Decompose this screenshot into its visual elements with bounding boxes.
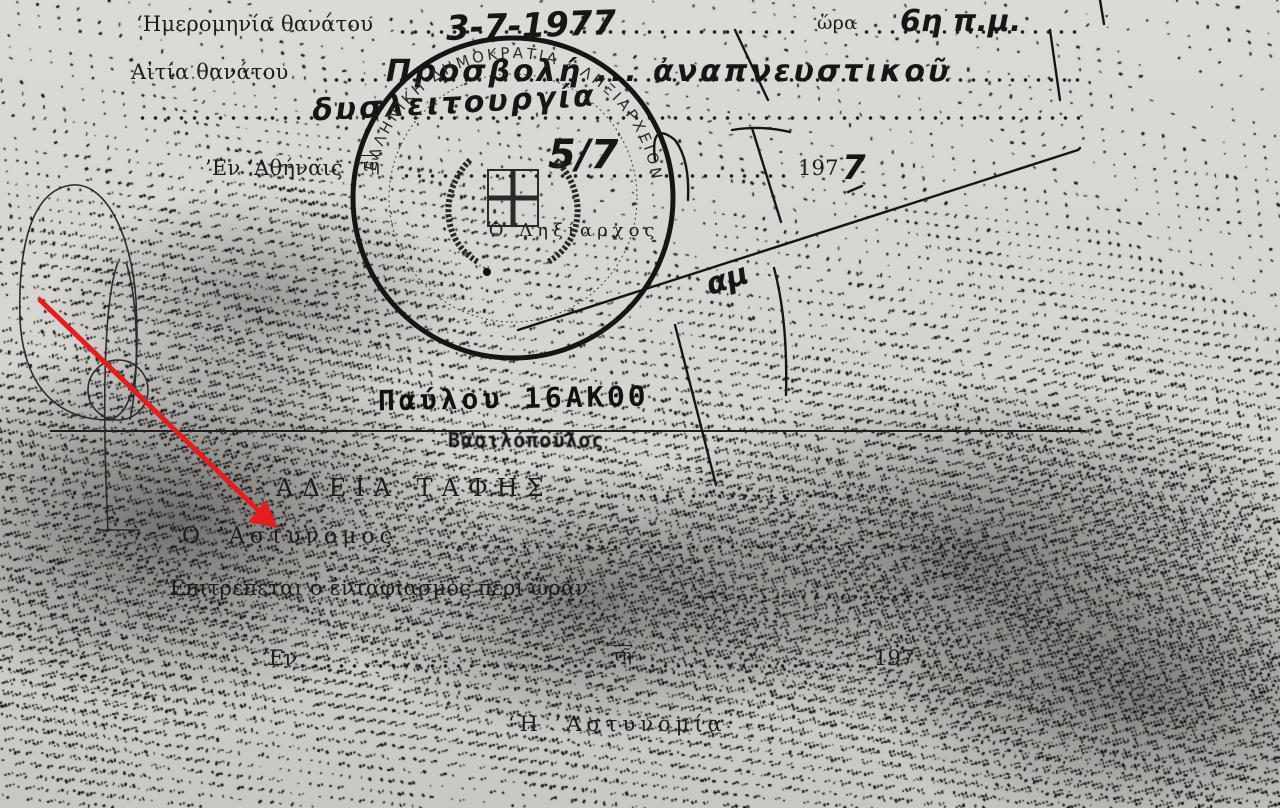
death-cause-value-1: Προσβολή ... ἀναπνευστικοῦ: [386, 54, 951, 89]
rubber-stamp-name: Παύλου 16ΑΚΘΘ: [378, 380, 650, 418]
death-date-value: 3-7-1977: [445, 3, 616, 49]
place-date-day-label: τῇ: [360, 156, 380, 176]
red-annotation-arrow: [40, 300, 278, 528]
police-officer-label: ’Ο ’Αστυνόμος: [170, 524, 397, 549]
death-cause-dotted-line-2: [136, 116, 1080, 120]
death-cause-value-2: δυσλειτουργία: [311, 79, 597, 129]
police-authority-label: ‘Η ’Αστυνομία: [508, 712, 727, 736]
permit-day-dotted-line: [646, 664, 868, 668]
burial-permit-dotted-line: [596, 494, 866, 498]
death-hour-label: ὥρα: [817, 12, 857, 34]
place-date-prefix: ’Εν ’Αθήναις: [205, 156, 343, 180]
place-date-year-printed: 197: [798, 156, 839, 180]
permit-day-label: τῇ: [612, 646, 632, 666]
death-date-label: ‘Ημερομηνία θανάτου: [136, 12, 373, 36]
burial-permit-title: ΑΔΕΙΑ ΤΑΦΗΣ: [276, 474, 553, 502]
death-cause-label: Αἰτία θανάτου: [131, 60, 289, 84]
section-divider: [50, 430, 1086, 432]
burial-permission-text: ’Επιτρέπεται ὁ ἐνταφιασμὸς περὶ ὥραν: [163, 576, 588, 600]
permit-year-prefix: 197: [874, 646, 915, 670]
scanned-document: ‘Ημερομηνία θανάτου 3-7-1977 ὥρα 6η π.μ.…: [0, 0, 1280, 808]
handwritten-signature: αμ: [702, 256, 753, 302]
police-officer-dotted-line: [440, 545, 960, 549]
permit-place-prefix: ’Εν: [262, 646, 297, 670]
permit-year-dotted-line: [918, 664, 938, 668]
burial-hour-dotted-line: [680, 595, 980, 599]
place-date-year-hand: 7: [842, 148, 866, 188]
death-hour-value: 6η π.μ.: [900, 4, 1021, 39]
left-margin-doodle: [20, 185, 148, 532]
place-date-day-value: 5/7: [548, 132, 618, 178]
registrar-label: Ὁ Ληξίαρχος: [488, 220, 660, 241]
permit-place-dotted-line: [296, 664, 616, 668]
